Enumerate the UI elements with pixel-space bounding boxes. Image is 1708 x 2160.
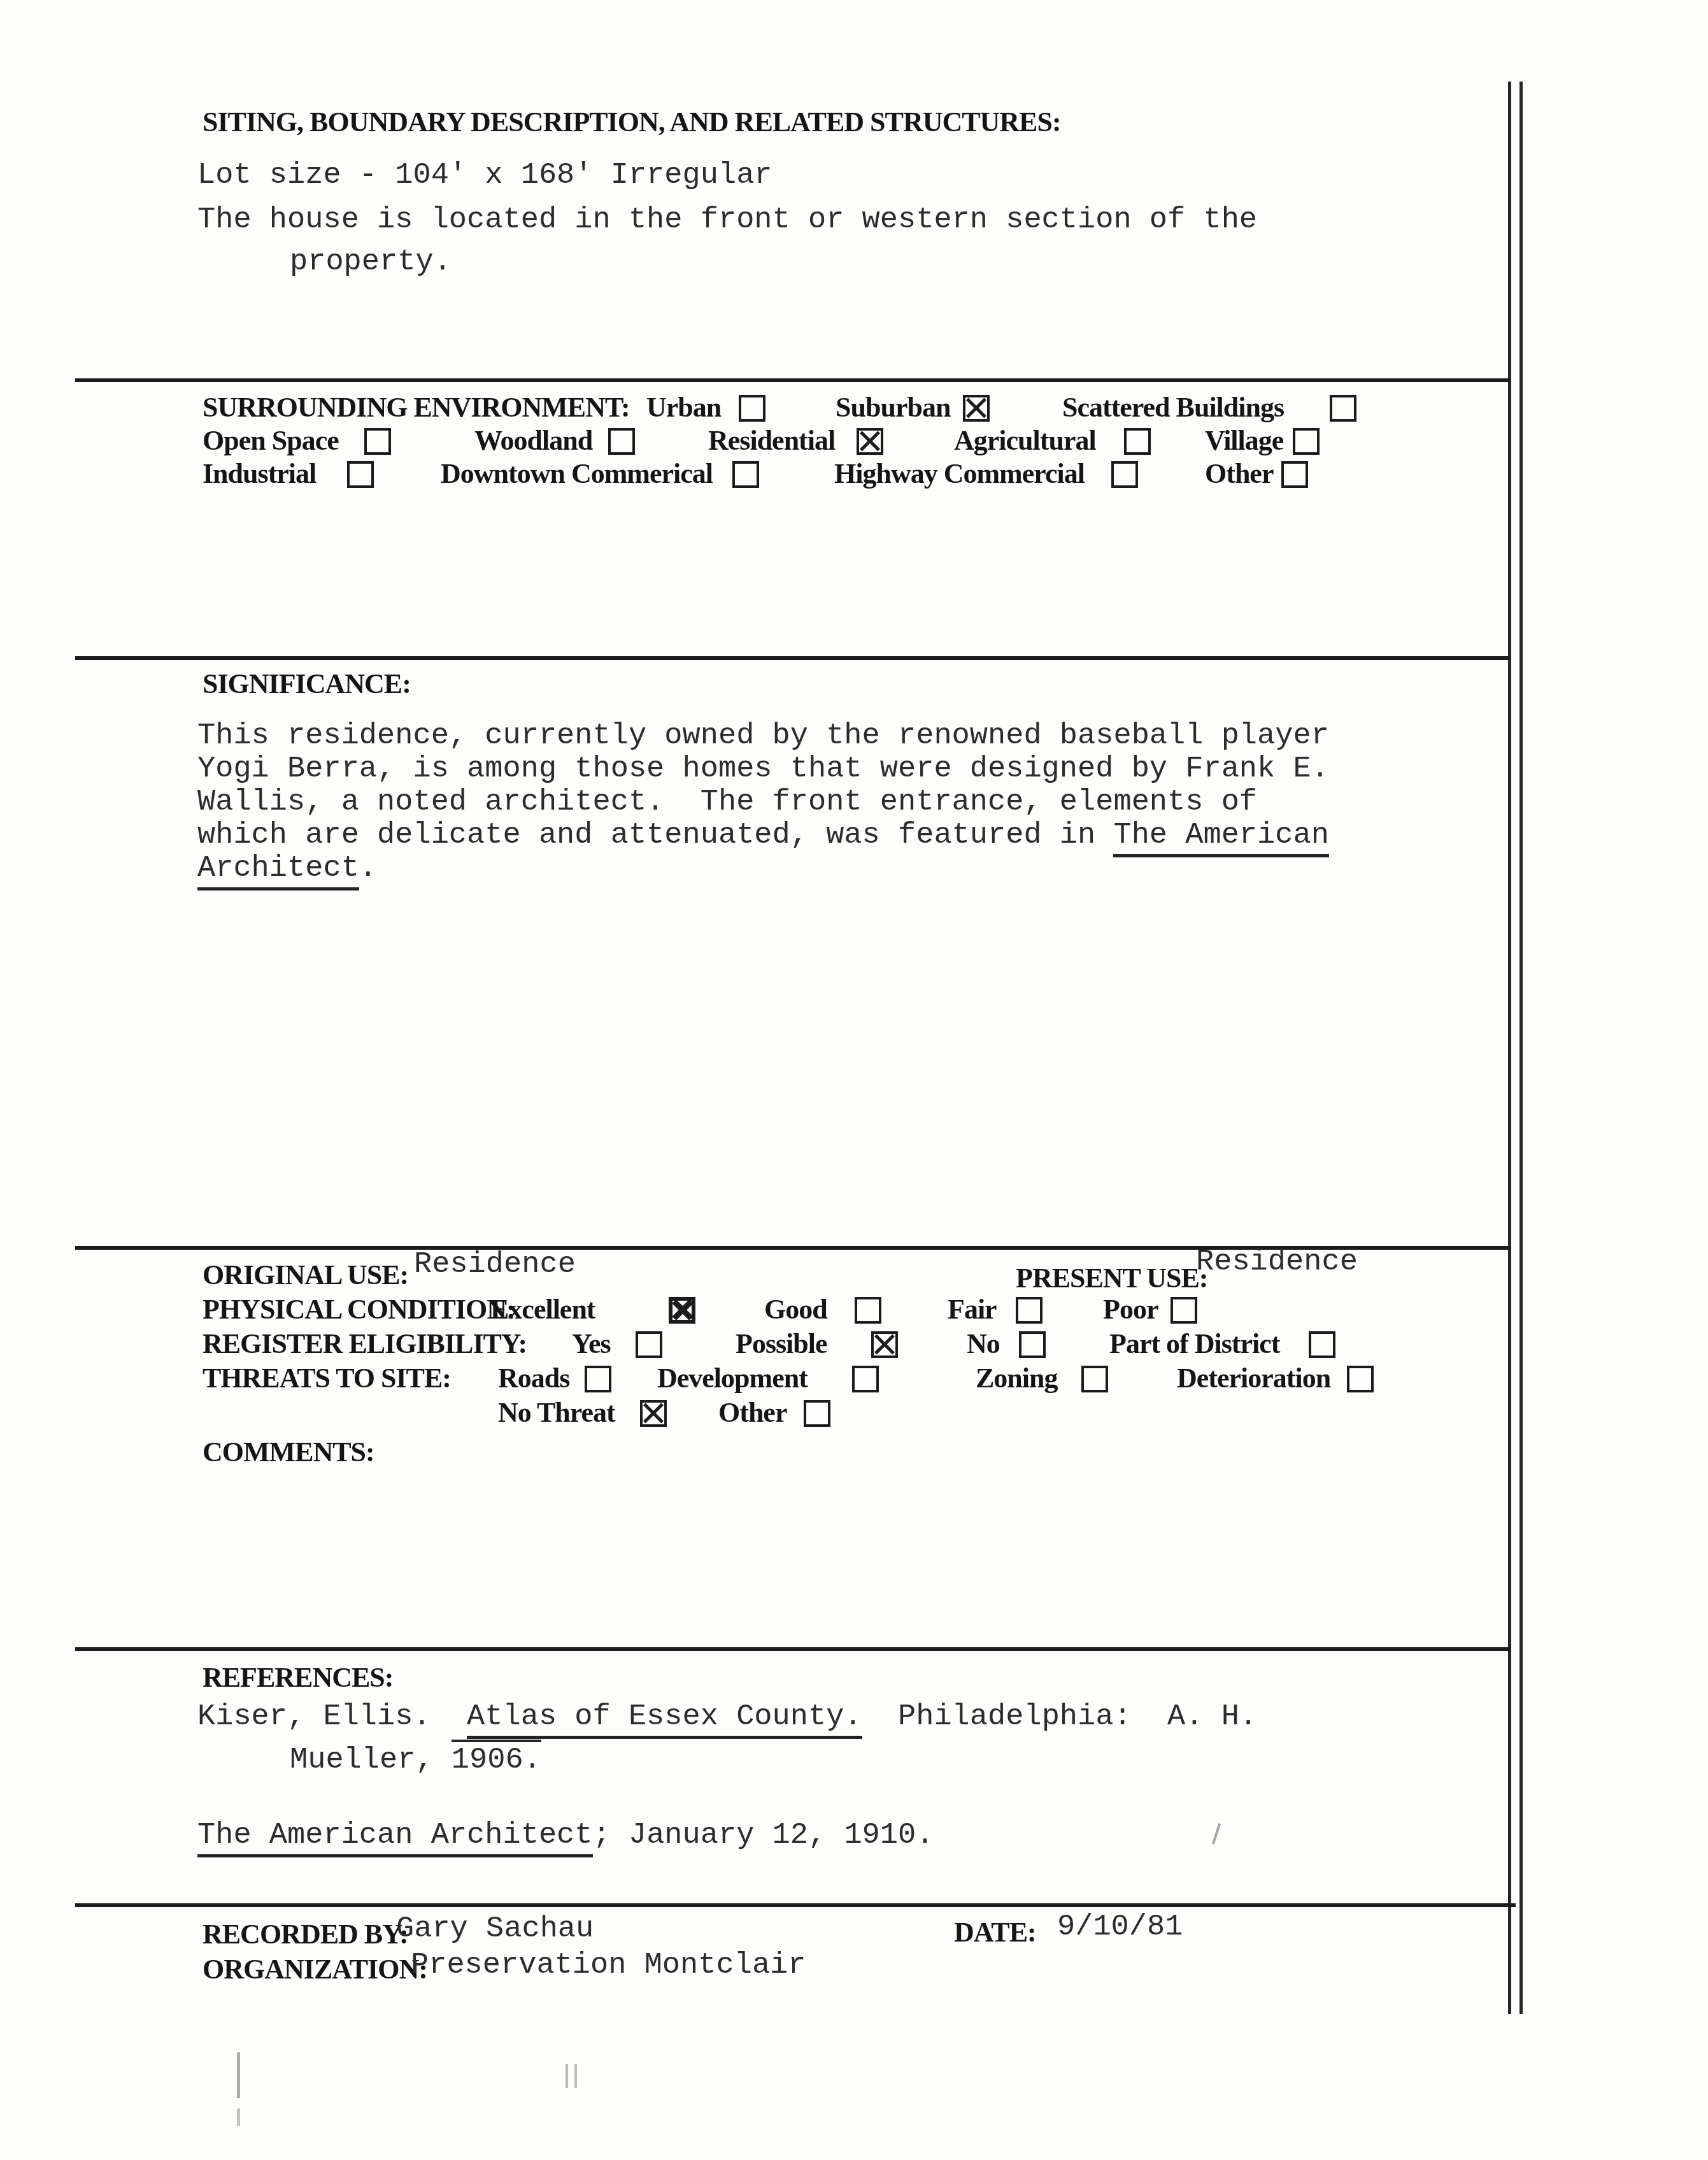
option-label-possible: Possible <box>736 1330 827 1358</box>
reference-2-title-underlined: The American Architect <box>197 1819 593 1857</box>
separator-line-2 <box>75 656 1511 660</box>
reference-1-line1: Kiser, Ellis. Atlas of Essex County. Phi… <box>197 1702 1257 1732</box>
recorded-by-label: RECORDED BY: <box>203 1920 408 1949</box>
significance-line1: This residence, currently owned by the r… <box>197 719 1329 753</box>
option-label-deterioration: Deterioration <box>1177 1364 1330 1392</box>
significance-paragraph: This residence, currently owned by the r… <box>197 720 1329 885</box>
option-label-excellent: Excellent <box>490 1296 595 1324</box>
significance-line2: Yogi Berra, is among those homes that we… <box>197 752 1329 786</box>
option-label-open-space: Open Space <box>203 427 339 455</box>
option-label-suburban: Suburban <box>836 394 950 422</box>
checkbox-highway-commercial <box>1111 461 1138 488</box>
siting-description-text-line1: The house is located in the front or wes… <box>197 205 1257 235</box>
comments-label: COMMENTS: <box>203 1438 374 1466</box>
significance-line5-period: . <box>359 852 377 885</box>
option-label-woodland: Woodland <box>474 427 592 455</box>
significance-line4-text: which are delicate and attenuated, was f… <box>197 819 1113 852</box>
option-label-part-of-district: Part of District <box>1109 1330 1279 1358</box>
physical-condition-label: PHYSICAL CONDITION: <box>203 1296 515 1324</box>
environment-section-heading: SURROUNDING ENVIRONMENT: <box>203 394 630 422</box>
checkbox-yes <box>636 1331 662 1358</box>
register-eligibility-label: REGISTER ELIGIBILITY: <box>203 1330 527 1358</box>
checkbox-residential <box>857 428 883 455</box>
checkbox-excellent <box>669 1297 695 1324</box>
scanned-survey-form-page: SITING, BOUNDARY DESCRIPTION, AND RELATE… <box>0 0 1708 2160</box>
references-section-heading: REFERENCES: <box>203 1664 394 1692</box>
checkbox-development <box>852 1366 879 1392</box>
significance-section-heading: SIGNIFICANCE: <box>203 670 411 698</box>
scan-artifact <box>237 2052 240 2098</box>
scan-artifact <box>566 2064 568 2088</box>
checkbox-other-environment <box>1281 461 1308 488</box>
separator-line-1 <box>75 378 1511 382</box>
siting-section-heading: SITING, BOUNDARY DESCRIPTION, AND RELATE… <box>203 108 1061 136</box>
checkbox-industrial <box>347 461 374 488</box>
option-label-agricultural: Agricultural <box>954 427 1096 455</box>
option-label-highway-commercial: Highway Commercial <box>834 460 1085 488</box>
option-label-village: Village <box>1205 427 1283 455</box>
reference-1-year: 1906. <box>452 1740 541 1777</box>
option-label-good: Good <box>764 1296 827 1324</box>
checkbox-zoning <box>1081 1366 1108 1392</box>
date-label: DATE: <box>954 1919 1036 1947</box>
checkbox-agricultural <box>1124 428 1151 455</box>
checkbox-fair <box>1016 1297 1043 1324</box>
reference-2-line: The American Architect; January 12, 1910… <box>197 1820 934 1850</box>
option-label-no: No <box>967 1330 1000 1358</box>
original-use-label: ORIGINAL USE: <box>203 1261 408 1289</box>
right-margin-double-line <box>1508 82 1523 2014</box>
option-label-fair: Fair <box>948 1296 997 1324</box>
siting-lot-size-text: Lot size - 104' x 168' Irregular <box>197 161 772 190</box>
present-use-value: Residence <box>1196 1247 1358 1277</box>
checkbox-deterioration <box>1347 1366 1374 1392</box>
scan-artifact <box>574 2064 577 2088</box>
option-label-other-environment: Other <box>1205 460 1273 488</box>
scan-artifact <box>1212 1823 1221 1845</box>
option-label-poor: Poor <box>1103 1296 1158 1324</box>
reference-1-line2: Mueller, 1906. <box>290 1745 541 1775</box>
checkbox-good <box>855 1297 881 1324</box>
checkbox-part-of-district <box>1309 1331 1335 1358</box>
significance-line3: Wallis, a noted architect. The front ent… <box>197 785 1257 819</box>
option-label-zoning: Zoning <box>976 1364 1058 1392</box>
option-label-scattered-buildings: Scattered Buildings <box>1062 394 1284 422</box>
option-label-roads: Roads <box>498 1364 569 1392</box>
checkbox-no-threat <box>640 1400 667 1427</box>
option-label-other-threat: Other <box>718 1399 786 1427</box>
checkbox-no <box>1019 1331 1046 1358</box>
checkbox-open-space <box>364 428 391 455</box>
checkbox-village <box>1293 428 1320 455</box>
option-label-downtown-commerical: Downtown Commerical <box>441 460 713 488</box>
recorded-by-value: Gary Sachau <box>396 1914 594 1944</box>
reference-2-date: ; January 12, 1910. <box>593 1819 934 1852</box>
separator-line-5 <box>75 1903 1516 1907</box>
checkbox-possible <box>871 1331 898 1358</box>
reference-1-publisher-name: Mueller, <box>290 1743 452 1777</box>
siting-description-text-line2: property. <box>290 247 452 277</box>
checkbox-woodland <box>608 428 635 455</box>
checkbox-downtown-commerical <box>732 461 759 488</box>
present-use-label: PRESENT USE: <box>1016 1264 1207 1292</box>
option-label-yes: Yes <box>572 1330 611 1358</box>
date-value: 9/10/81 <box>1057 1912 1183 1942</box>
option-label-development: Development <box>657 1364 808 1392</box>
reference-1-publisher: Philadelphia: A. H. <box>862 1700 1258 1734</box>
option-label-urban: Urban <box>646 394 721 422</box>
checkbox-suburban <box>963 395 990 422</box>
significance-line4-underlined-title: The American <box>1113 819 1328 857</box>
original-use-value: Residence <box>414 1250 576 1280</box>
organization-value: Preservation Montclair <box>411 1950 806 1980</box>
checkbox-scattered-buildings <box>1330 395 1356 422</box>
checkbox-urban <box>739 395 765 422</box>
separator-line-4 <box>75 1647 1511 1651</box>
significance-line5-underlined-title: Architect <box>197 852 359 890</box>
checkbox-poor <box>1171 1297 1197 1324</box>
organization-label: ORGANIZATION: <box>203 1956 427 1984</box>
option-label-industrial: Industrial <box>203 460 316 488</box>
checkbox-roads <box>585 1366 611 1392</box>
scan-artifact <box>237 2108 240 2126</box>
reference-1-title-underlined: Atlas of Essex County. <box>467 1700 862 1739</box>
option-label-residential: Residential <box>708 427 835 455</box>
threats-to-site-label: THREATS TO SITE: <box>203 1364 451 1392</box>
reference-1-author: Kiser, Ellis. <box>197 1700 467 1734</box>
checkbox-other-threat <box>804 1400 830 1427</box>
option-label-no-threat: No Threat <box>498 1399 615 1427</box>
